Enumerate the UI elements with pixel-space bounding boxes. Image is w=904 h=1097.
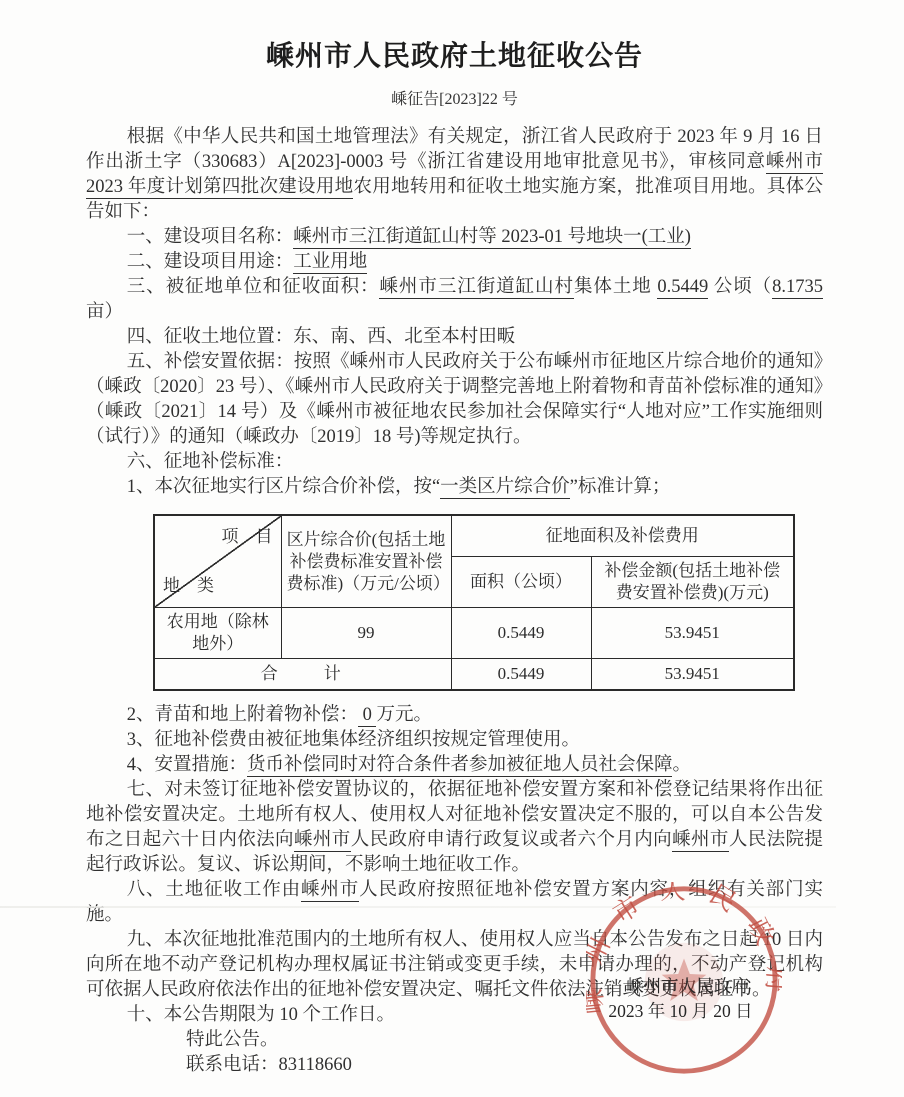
- table-corner-cell: 项 目 地 类: [154, 515, 281, 608]
- cell-category: 农用地（除林地外）: [154, 608, 281, 659]
- item-6-standard-heading: 六、征地补偿标准：: [86, 450, 823, 475]
- text-segment: 3、征地补偿费由被征地集体经济组织按规定管理使用。: [127, 730, 580, 750]
- text-segment: 集体土地: [574, 277, 657, 297]
- underlined-text: 工业用地: [293, 252, 367, 274]
- closing-statement: 特此公告。: [86, 1028, 823, 1053]
- text-segment: 万元。: [376, 705, 432, 725]
- document-page: 嵊州市人民政府土地征收公告 嵊征告[2023]22 号 根据《中华人民共和国土地…: [0, 0, 904, 1097]
- item-2-land-use: 二、建设项目用途：工业用地: [86, 250, 823, 275]
- text-segment: 三、被征地单位和征收面积：: [127, 277, 380, 297]
- cell-amount: 53.9451: [591, 608, 794, 659]
- item-1-project-name: 一、建设项目名称：嵊州市三江街道缸山村等 2023-01 号地块一(工业): [86, 225, 823, 250]
- underlined-text: 嵊州市: [672, 830, 729, 852]
- signature-block: 嵊州市人民政府 2023 年 10 月 20 日: [545, 974, 830, 1024]
- table-header-area: 面积（公顷）: [451, 557, 591, 608]
- underlined-text: 嵊州市: [294, 830, 351, 852]
- cell-total-label: 合 计: [154, 659, 451, 691]
- text-segment: 十、本公告期限为 10 个工作日。: [127, 1005, 395, 1025]
- cell-total-area: 0.5449: [451, 659, 591, 691]
- underlined-text: 0.5449: [657, 277, 708, 299]
- contact-phone: 联系电话：83118660: [86, 1053, 823, 1078]
- item-6-3-management: 3、征地补偿费由被征地集体经济组织按规定管理使用。: [86, 728, 823, 753]
- text-segment: 八、土地征收工作由: [127, 880, 301, 900]
- text-segment: 五、补偿安置依据：按照《嵊州市人民政府关于公布嵊州市征地区片综合地价的通知》（嵊…: [86, 352, 823, 447]
- text-segment: 1、本次征地实行区片综合价补偿，按“: [127, 477, 440, 497]
- text-segment: 一、建设项目名称：: [127, 227, 294, 247]
- signature-name: 嵊州市人民政府: [545, 974, 830, 999]
- text-segment: 四、征收土地位置：东、南、西、北至本村田畈: [127, 327, 516, 347]
- text-segment: 六、征地补偿标准：: [127, 452, 294, 472]
- cell-total-amount: 53.9451: [591, 659, 794, 691]
- item-3-unit-and-area: 三、被征地单位和征收面积：嵊州市三江街道缸山村集体土地 0.5449 公顷（8.…: [86, 275, 823, 325]
- table-header-group: 征地面积及补偿费用: [451, 515, 794, 557]
- underlined-text: 8.1735: [772, 277, 823, 299]
- signature-date: 2023 年 10 月 20 日: [545, 999, 816, 1024]
- text-segment: 联系电话：83118660: [186, 1055, 352, 1075]
- text-segment: 特此公告。: [186, 1030, 279, 1050]
- item-6-1-price: 1、本次征地实行区片综合价补偿，按“一类区片综合价”标准计算；: [86, 475, 823, 500]
- underlined-text: 0: [358, 705, 377, 727]
- item-6-2-seedling: 2、青苗和地上附着物补偿： 0 万元。: [86, 703, 823, 728]
- cell-area: 0.5449: [451, 608, 591, 659]
- corner-label-landtype: 地 类: [163, 575, 214, 597]
- underlined-text: 嵊州市: [301, 880, 359, 902]
- item-5-basis: 五、补偿安置依据：按照《嵊州市人民政府关于公布嵊州市征地区片综合地价的通知》（嵊…: [86, 350, 823, 450]
- cell-price: 99: [281, 608, 451, 659]
- text-segment: 根据《中华人民共和国土地管理法》有关规定，浙江省人民政府于 2023 年 9 月…: [86, 127, 823, 172]
- page-title: 嵊州市人民政府土地征收公告: [86, 34, 823, 74]
- underlined-text: 一类区片综合价: [440, 477, 570, 499]
- text-segment: 2、青苗和地上附着物补偿：: [127, 705, 358, 725]
- table-total-row: 合 计 0.5449 53.9451: [154, 659, 794, 691]
- text-segment: 人民政府申请行政复议或者六个月内向: [351, 830, 672, 850]
- item-7-dispute: 七、对未签订征地补偿安置协议的，依据征地补偿安置方案和补偿登记结果将作出征地补偿…: [86, 778, 823, 878]
- text-segment: 。: [672, 755, 691, 775]
- text-segment: 公顷（: [708, 277, 772, 297]
- underlined-text: 货币补偿同时对符合条件者参加被征地人员社会保障: [247, 755, 673, 777]
- table-header-amount: 补偿金额(包括土地补偿费安置补偿费)(万元): [591, 557, 794, 608]
- doc-number: 嵊征告[2023]22 号: [86, 86, 823, 109]
- underlined-text: 嵊州市三江街道缸山村: [379, 277, 573, 299]
- underlined-text: 嵊州市三江街道缸山村等 2023-01 号地块一(工业): [293, 227, 691, 249]
- corner-label-project: 项 目: [222, 526, 273, 548]
- table-header-price: 区片综合价(包括土地补偿费标准安置补偿费标准)（万元/公顷）: [281, 515, 451, 608]
- compensation-table: 项 目 地 类 区片综合价(包括土地补偿费标准安置补偿费标准)（万元/公顷） 征…: [153, 514, 795, 691]
- text-segment: 二、建设项目用途：: [127, 252, 294, 272]
- text-segment: 4、安置措施：: [127, 755, 247, 775]
- item-8-implementation: 八、土地征收工作由嵊州市人民政府按照征地补偿安置方案内容，组织有关部门实施。: [86, 878, 823, 928]
- intro-paragraph: 根据《中华人民共和国土地管理法》有关规定，浙江省人民政府于 2023 年 9 月…: [86, 125, 823, 225]
- scan-artifact-line: [0, 906, 836, 908]
- document-content: 嵊州市人民政府土地征收公告 嵊征告[2023]22 号 根据《中华人民共和国土地…: [86, 34, 823, 1078]
- table-row: 农用地（除林地外） 99 0.5449 53.9451: [154, 608, 794, 659]
- item-6-4-resettlement: 4、安置措施：货币补偿同时对符合条件者参加被征地人员社会保障。: [86, 753, 823, 778]
- text-segment: 亩）: [86, 302, 123, 322]
- text-segment: ”标准计算；: [570, 477, 671, 497]
- item-4-location: 四、征收土地位置：东、南、西、北至本村田畈: [86, 325, 823, 350]
